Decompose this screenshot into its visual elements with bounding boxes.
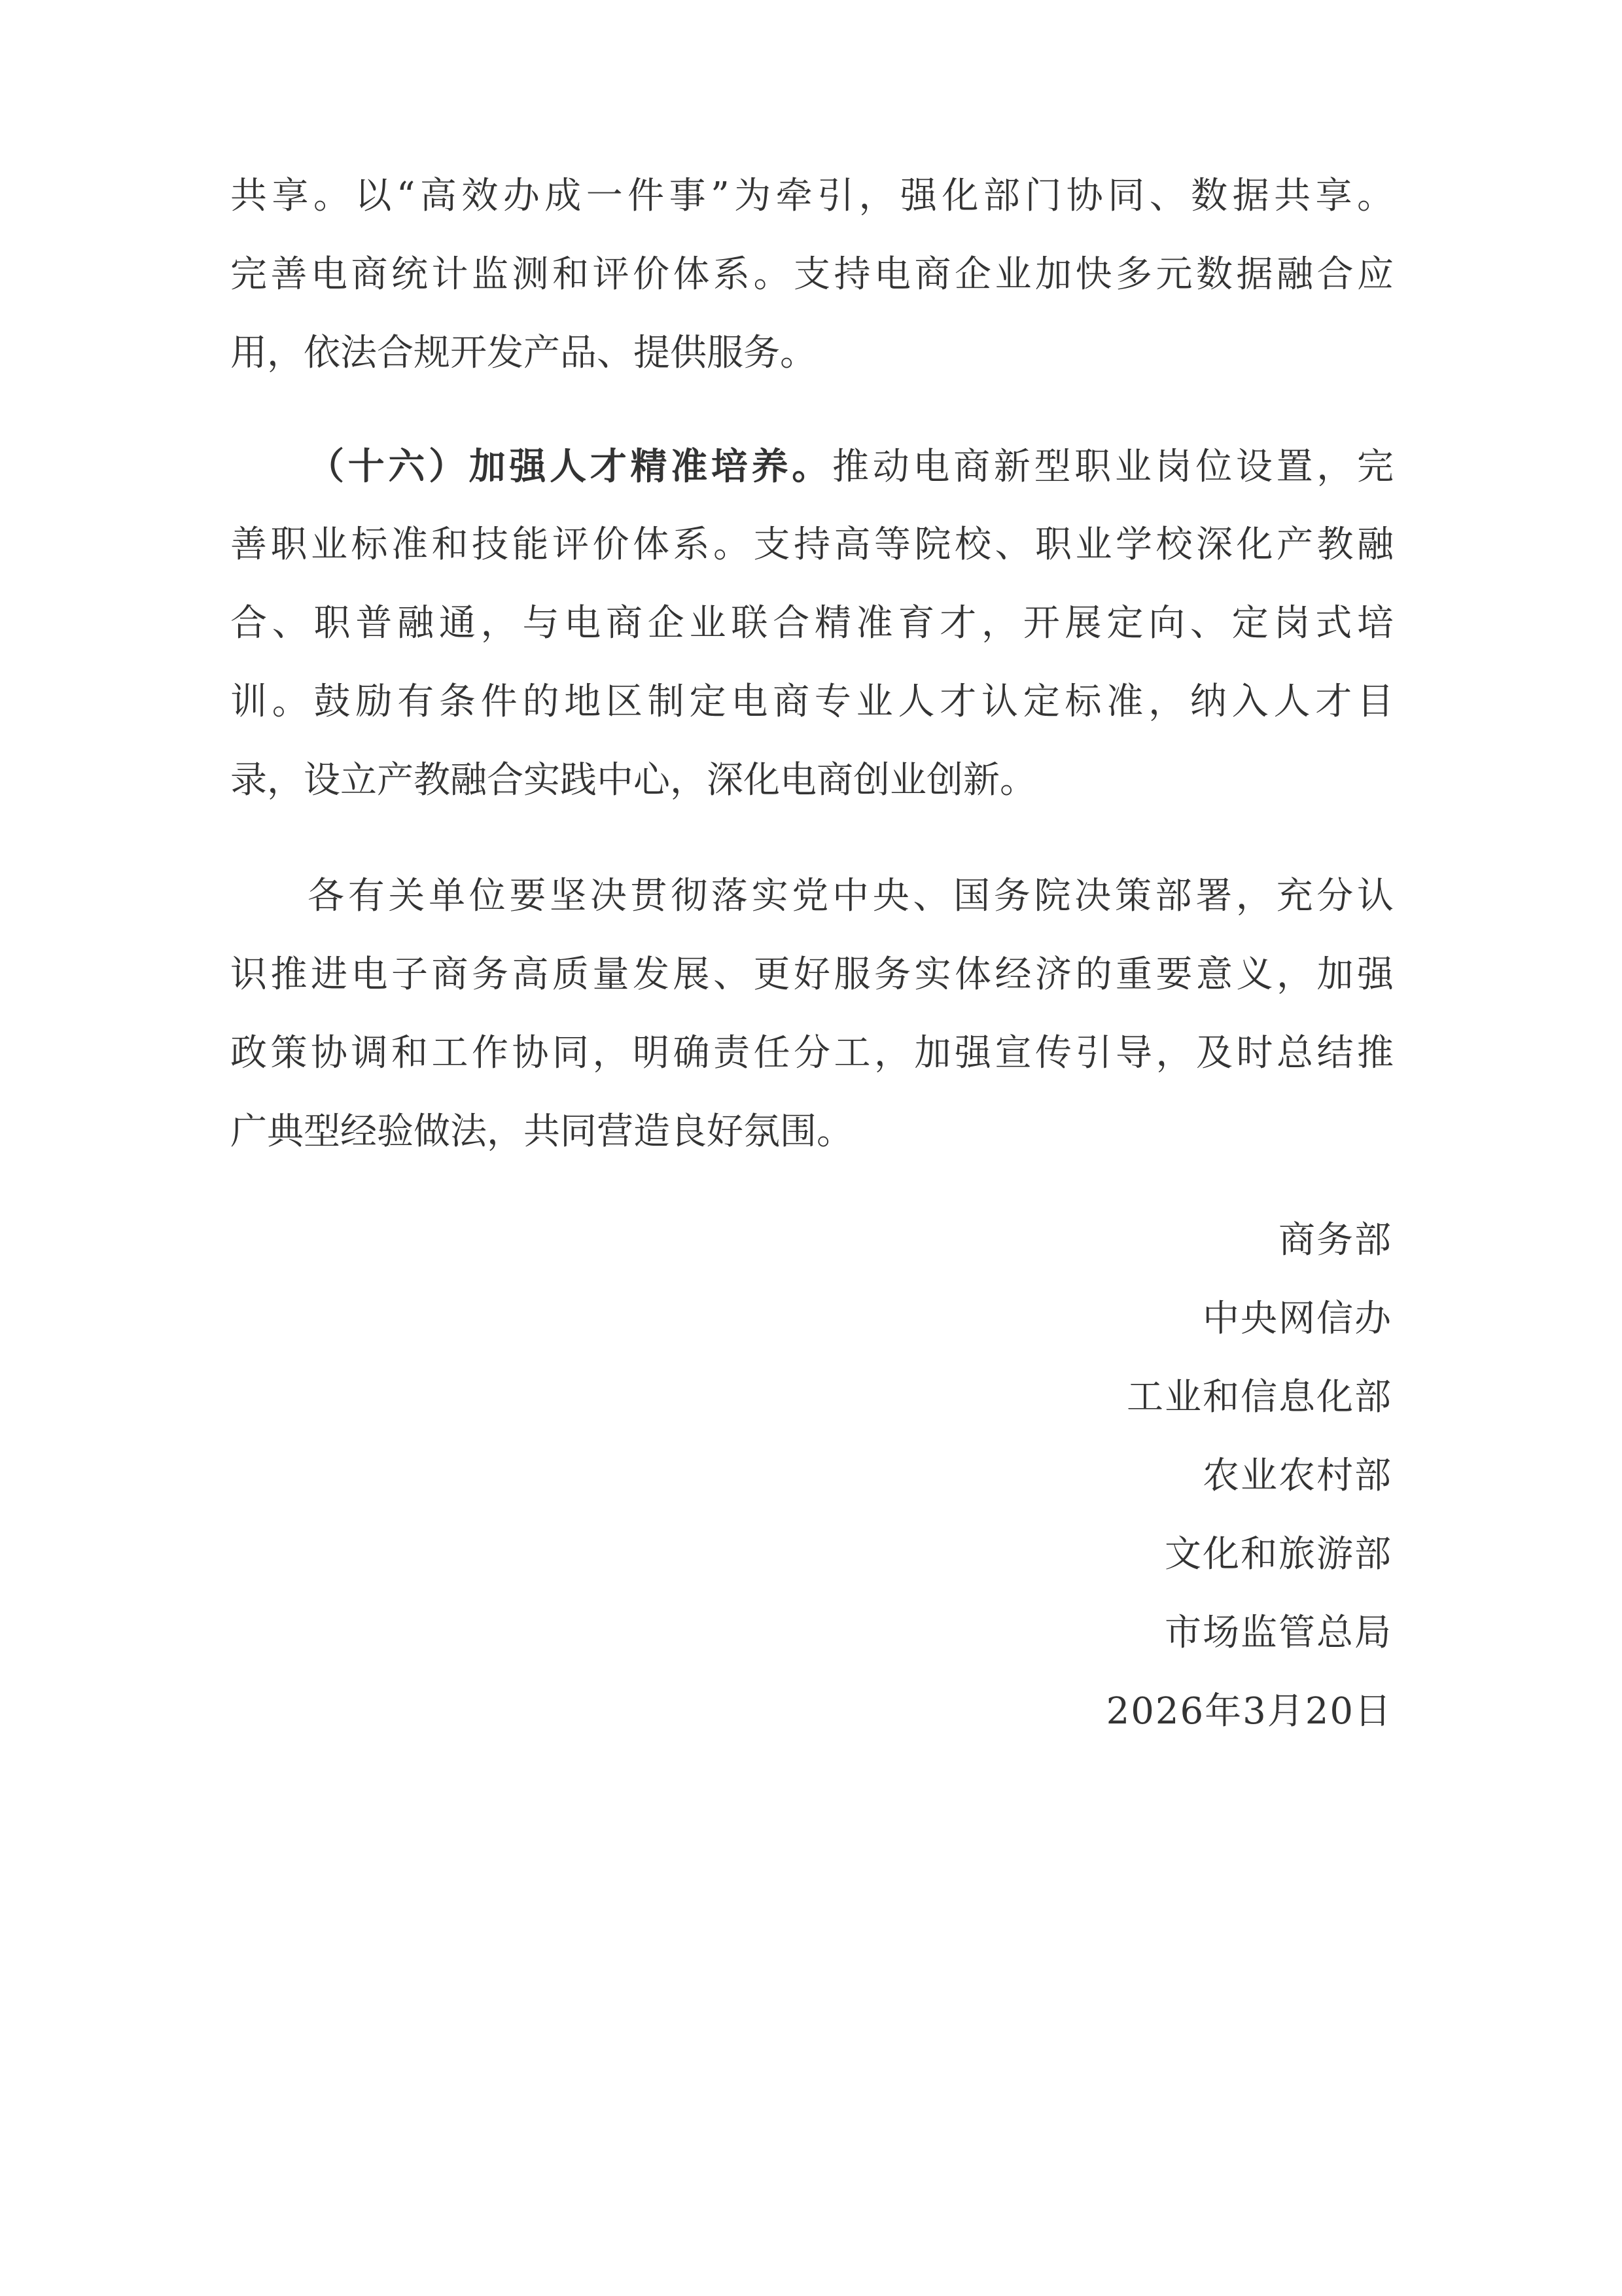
paragraph-2-line-5: 录，设立产教融合实践中心，深化电商创业创新。 (230, 758, 1394, 804)
signatory-mofcom: 商务部 (1278, 1218, 1392, 1263)
paragraph-1-line-2: 完善电商统计监测和评价体系。支持电商企业加快多元数据融合应 (230, 252, 1394, 298)
paragraph-2-line-3: 合、职普融通，与电商企业联合精准育才，开展定向、定岗式培 (230, 601, 1394, 646)
paragraph-3-line-2: 识推进电子商务高质量发展、更好服务实体经济的重要意义，加强 (230, 952, 1394, 998)
paragraph-2-line-2: 善职业标准和技能评价体系。支持高等院校、职业学校深化产教融 (230, 522, 1394, 568)
paragraph-2-line-1-text: 推动电商新型职业岗位设置，完 (832, 446, 1394, 488)
paragraph-1-line-3: 用，依法合规开发产品、提供服务。 (230, 330, 1394, 376)
paragraph-2-line-1: （十六）加强人才精准培养。推动电商新型职业岗位设置，完 (308, 444, 1394, 489)
document-date: 2026年3月20日 (1106, 1689, 1392, 1735)
paragraph-3-line-1: 各有关单位要坚决贯彻落实党中央、国务院决策部署，充分认 (308, 874, 1394, 919)
signatory-mct: 文化和旅游部 (1165, 1532, 1392, 1578)
signatory-moa: 农业农村部 (1203, 1453, 1392, 1499)
signatory-samr: 市场监管总局 (1165, 1610, 1392, 1656)
paragraph-3-line-3: 政策协调和工作协同，明确责任分工，加强宣传引导，及时总结推 (230, 1031, 1394, 1076)
paragraph-2-line-4: 训。鼓励有条件的地区制定电商专业人才认定标准，纳入人才目 (230, 679, 1394, 725)
paragraph-1-line-1: 共享。以“高效办成一件事”为牵引，强化部门协同、数据共享。 (230, 173, 1394, 219)
section-heading: （十六）加强人才精准培养。 (308, 445, 832, 488)
paragraph-3-line-4: 广典型经验做法，共同营造良好氛围。 (230, 1109, 1394, 1155)
signatory-miit: 工业和信息化部 (1127, 1375, 1392, 1421)
signatory-cac: 中央网信办 (1203, 1296, 1392, 1342)
document-page: 共享。以“高效办成一件事”为牵引，强化部门协同、数据共享。 完善电商统计监测和评… (0, 0, 1622, 2296)
